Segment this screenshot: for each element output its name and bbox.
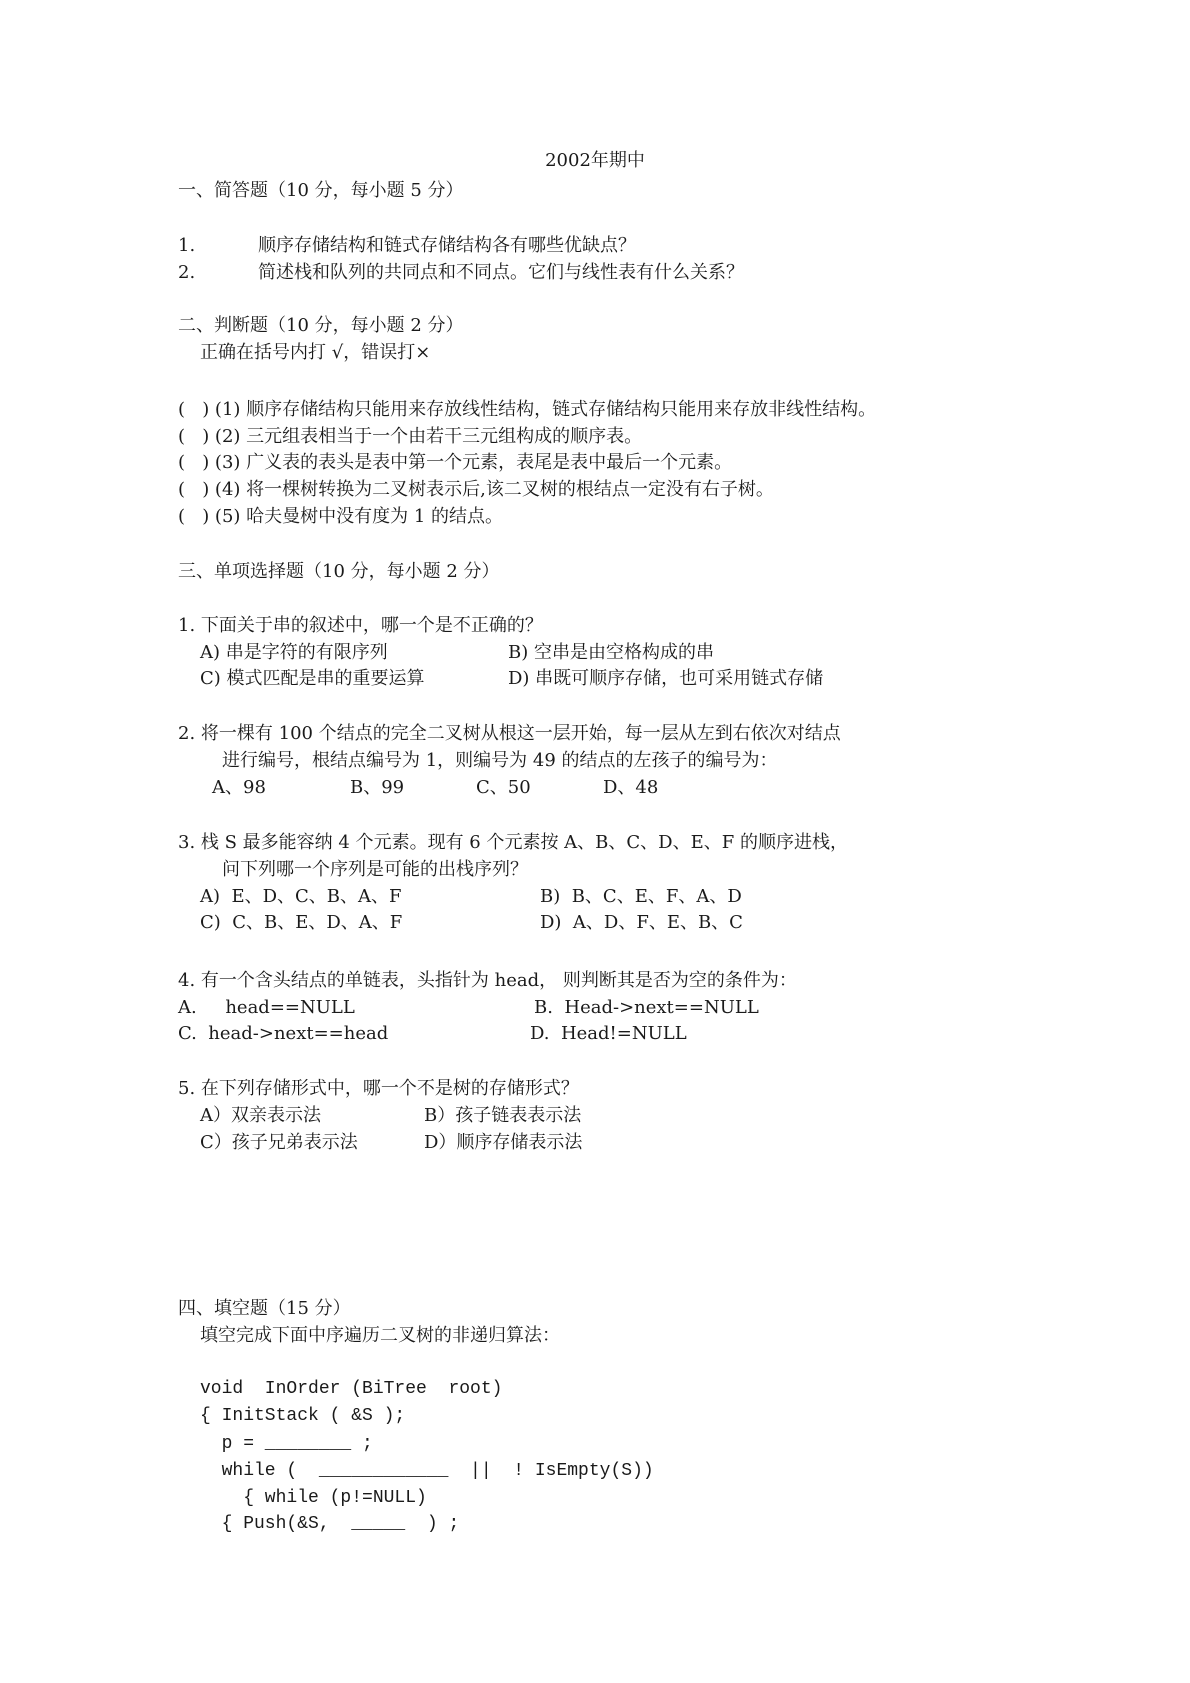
mc-question-stem: 3. 栈 S 最多能容纳 4 个元素。现有 6 个元素按 A、B、C、D、E、F…	[178, 832, 848, 854]
true-false-item: ( ) (1) 顺序存储结构只能用来存放线性结构，链式存储结构只能用来存放非线性…	[178, 399, 876, 421]
true-false-item: ( ) (3) 广义表的表头是表中第一个元素，表尾是表中最后一个元素。	[178, 452, 732, 474]
mc-question-stem: 1. 下面关于串的叙述中，哪一个是不正确的？	[178, 615, 543, 637]
section2-instruction: 正确在括号内打 √，错误打×	[200, 342, 430, 364]
true-false-item: ( ) (5) 哈夫曼树中没有度为 1 的结点。	[178, 506, 503, 528]
mc-option-a: A. head==NULL	[178, 997, 355, 1019]
code-line-blank: p = ________ ;	[200, 1433, 373, 1455]
question-number: 2.	[178, 262, 195, 284]
mc-option-d: D) A、D、F、E、B、C	[540, 912, 743, 934]
mc-option-d: D）顺序存储表示法	[424, 1132, 582, 1154]
mc-question-stem: 5. 在下列存储形式中，哪一个不是树的存储形式？	[178, 1078, 579, 1100]
mc-option-c: C、50	[476, 777, 531, 799]
code-line-blank: while ( ____________ || ! IsEmpty(S))	[200, 1460, 654, 1482]
mc-option-b: B) B、C、E、F、A、D	[540, 886, 742, 908]
short-answer-question: 简述栈和队列的共同点和不同点。它们与线性表有什么关系？	[258, 262, 744, 284]
mc-option-c: C. head->next==head	[178, 1023, 388, 1045]
section2-heading: 二、判断题（10 分，每小题 2 分）	[178, 315, 464, 337]
code-line: { while (p!=NULL)	[200, 1487, 427, 1509]
mc-option-d: D、48	[603, 777, 658, 799]
mc-question-stem-cont: 进行编号，根结点编号为 1，则编号为 49 的结点的左孩子的编号为：	[222, 750, 778, 772]
true-false-item: ( ) (2) 三元组表相当于一个由若干三元组构成的顺序表。	[178, 426, 642, 448]
mc-option-d: D. Head!=NULL	[530, 1023, 687, 1045]
code-line: { InitStack ( &S );	[200, 1405, 405, 1427]
mc-question-stem-cont: 问下列哪一个序列是可能的出栈序列？	[222, 859, 528, 881]
section1-heading: 一、简答题（10 分，每小题 5 分）	[178, 180, 464, 202]
mc-question-stem: 2. 将一棵有 100 个结点的完全二叉树从根这一层开始，每一层从左到右依次对结…	[178, 723, 841, 745]
page-title: 2002年期中	[0, 150, 1190, 172]
mc-option-d: D) 串既可顺序存储，也可采用链式存储	[508, 668, 823, 690]
mc-option-a: A) E、D、C、B、A、F	[200, 886, 402, 908]
mc-question-stem: 4. 有一个含头结点的单链表，头指针为 head， 则判断其是否为空的条件为：	[178, 970, 797, 992]
mc-option-b: B、99	[350, 777, 404, 799]
mc-option-a: A) 串是字符的有限序列	[200, 642, 388, 664]
mc-option-c: C) 模式匹配是串的重要运算	[200, 668, 425, 690]
code-line-blank: { Push(&S, _____ ) ;	[200, 1513, 459, 1535]
question-number: 1.	[178, 235, 195, 257]
mc-option-b: B) 空串是由空格构成的串	[508, 642, 714, 664]
code-line: void InOrder (BiTree root)	[200, 1378, 502, 1400]
mc-option-b: B）孩子链表表示法	[424, 1105, 581, 1127]
short-answer-question: 顺序存储结构和链式存储结构各有哪些优缺点？	[258, 235, 636, 257]
mc-option-a: A、98	[212, 777, 266, 799]
mc-option-b: B. Head->next==NULL	[534, 997, 759, 1019]
section3-heading: 三、单项选择题（10 分，每小题 2 分）	[178, 561, 500, 583]
mc-option-c: C）孩子兄弟表示法	[200, 1132, 358, 1154]
section4-heading: 四、填空题（15 分）	[178, 1298, 351, 1320]
mc-option-c: C) C、B、E、D、A、F	[200, 912, 402, 934]
true-false-item: ( ) (4) 将一棵树转换为二叉树表示后,该二叉树的根结点一定没有右子树。	[178, 479, 774, 501]
section4-instruction: 填空完成下面中序遍历二叉树的非递归算法：	[200, 1325, 560, 1347]
mc-option-a: A）双亲表示法	[200, 1105, 321, 1127]
